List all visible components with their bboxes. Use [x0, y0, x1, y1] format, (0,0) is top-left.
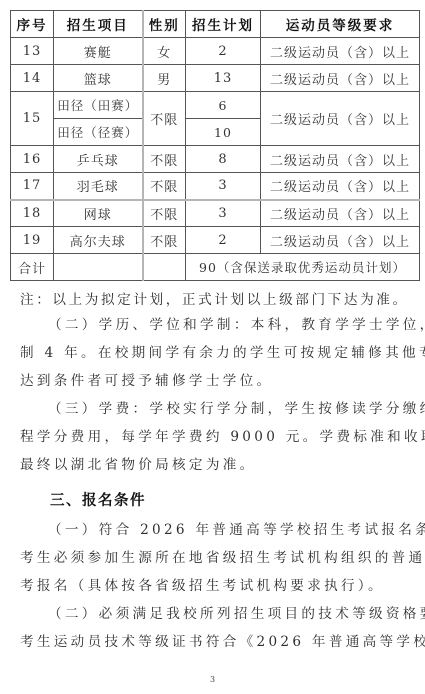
- cond2-line1: （二）必须满足我校所列招生项目的技术等级资格要求。: [48, 606, 425, 622]
- cell-no: 16: [11, 146, 54, 173]
- cell-item: 赛艇: [54, 38, 143, 65]
- cell-plan: 3: [186, 173, 261, 200]
- table-row: 18 网球 不限 3 二级运动员（含）以上: [11, 200, 420, 227]
- cell-level: 二级运动员（含）以上: [261, 173, 420, 200]
- total-value: 90（含保送录取优秀运动员计划）: [186, 254, 420, 281]
- cell-no: 14: [11, 65, 54, 92]
- cell-level: 二级运动员（含）以上: [261, 92, 420, 146]
- cell-plan: 13: [186, 65, 261, 92]
- cell-gender: 不限: [143, 200, 186, 227]
- cell-level: 二级运动员（含）以上: [261, 146, 420, 173]
- cell-level: 二级运动员（含）以上: [261, 227, 420, 254]
- section-heading: 三、报名条件: [50, 489, 146, 510]
- cell-item: 羽毛球: [54, 173, 143, 200]
- cell-gender: 不限: [143, 146, 186, 173]
- cell-no: 15: [11, 92, 54, 146]
- cell-level: 二级运动员（含）以上: [261, 200, 420, 227]
- enrollment-plan-table: 序号 招生项目 性别 招生计划 运动员等级要求 13 赛艇 女 2 二级运动员（…: [10, 10, 420, 281]
- cell-gender: 女: [143, 38, 186, 65]
- table-row: 13 赛艇 女 2 二级运动员（含）以上: [11, 38, 420, 65]
- table-total-row: 合计 90（含保送录取优秀运动员计划）: [11, 254, 420, 281]
- table-header-row: 序号 招生项目 性别 招生计划 运动员等级要求: [11, 11, 420, 38]
- header-gender: 性别: [143, 11, 186, 38]
- cell-plan: 2: [186, 227, 261, 254]
- section3-line3: 最终以湖北省物价局核定为准。: [20, 457, 257, 473]
- header-item: 招生项目: [54, 11, 143, 38]
- cell-plan-field: 6: [186, 92, 261, 119]
- header-level: 运动员等级要求: [261, 11, 420, 38]
- page-number: 3: [210, 675, 215, 684]
- table-row: 17 羽毛球 不限 3 二级运动员（含）以上: [11, 173, 420, 200]
- cell-plan-track: 10: [186, 119, 261, 146]
- section2-line1: （二）学历、学位和学制：本科，教育学学士学位，学: [48, 317, 425, 333]
- cell-level: 二级运动员（含）以上: [261, 38, 420, 65]
- cond1-line3: 考报名（具体按各省级招生考试机构要求执行）。: [20, 578, 385, 594]
- section2-line3: 达到条件者可授予辅修学士学位。: [20, 373, 273, 389]
- document-page: 序号 招生项目 性别 招生计划 运动员等级要求 13 赛艇 女 2 二级运动员（…: [0, 0, 425, 694]
- cell-no: 17: [11, 173, 54, 200]
- section3-line2: 程学分费用，每学年学费约 9000 元。学费标准和收取办法: [20, 429, 425, 445]
- cell-item: 乒乓球: [54, 146, 143, 173]
- cell-gender: 不限: [143, 92, 186, 146]
- table-row: 19 高尔夫球 不限 2 二级运动员（含）以上: [11, 227, 420, 254]
- section3-line1: （三）学费：学校实行学分制，学生按修读学分缴纳课: [48, 401, 425, 417]
- cell-item: 网球: [54, 200, 143, 227]
- cell-no: 18: [11, 200, 54, 227]
- total-empty-gender: [143, 254, 186, 281]
- cell-gender: 男: [143, 65, 186, 92]
- cond2-line2: 考生运动员技术等级证书符合《2026 年普通高等学校运动训: [20, 634, 425, 650]
- cell-item-field: 田径（田赛）: [54, 92, 143, 119]
- header-plan: 招生计划: [186, 11, 261, 38]
- cell-plan: 8: [186, 146, 261, 173]
- cell-item-track: 田径（径赛）: [54, 119, 143, 146]
- cell-gender: 不限: [143, 173, 186, 200]
- table-note: 注：以上为拟定计划，正式计划以上级部门下达为准。: [20, 292, 409, 308]
- section2-line2: 制 4 年。在校期间学有余力的学生可按规定辅修其他专业，: [20, 345, 425, 361]
- total-empty-item: [54, 254, 143, 281]
- cell-item: 高尔夫球: [54, 227, 143, 254]
- table-row: 14 篮球 男 13 二级运动员（含）以上: [11, 65, 420, 92]
- table-row: 16 乒乓球 不限 8 二级运动员（含）以上: [11, 146, 420, 173]
- total-label: 合计: [11, 254, 54, 281]
- cell-gender: 不限: [143, 227, 186, 254]
- table-row: 15 田径（田赛） 不限 6 二级运动员（含）以上: [11, 92, 420, 119]
- cell-item: 篮球: [54, 65, 143, 92]
- cell-level: 二级运动员（含）以上: [261, 65, 420, 92]
- header-no: 序号: [11, 11, 54, 38]
- cell-no: 19: [11, 227, 54, 254]
- cond1-line1: （一）符合 2026 年普通高等学校招生考试报名条件，: [48, 522, 425, 538]
- cell-plan: 2: [186, 38, 261, 65]
- cell-plan: 3: [186, 200, 261, 227]
- cell-no: 13: [11, 38, 54, 65]
- cond1-line2: 考生必须参加生源所在地省级招生考试机构组织的普通高: [20, 550, 425, 566]
